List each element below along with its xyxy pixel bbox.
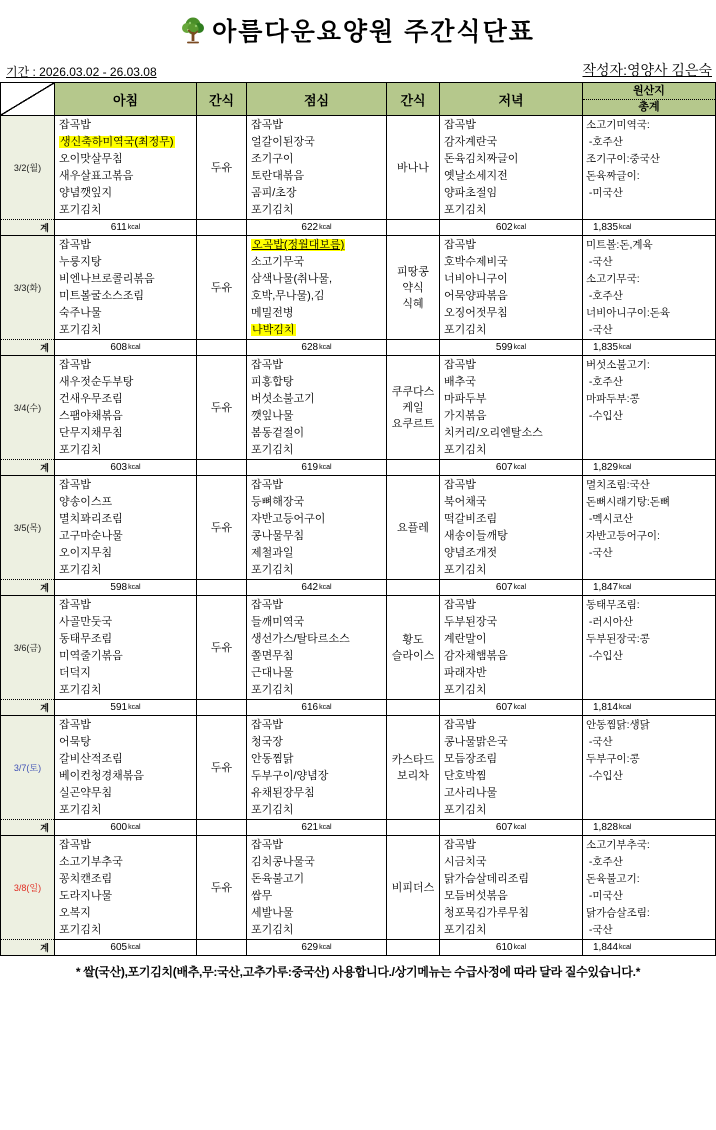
origin-line: -국산 xyxy=(586,322,715,339)
menu-item: 포기김치 xyxy=(444,922,582,939)
origin-line: 자반고등어구이: xyxy=(586,528,715,545)
date-cell: 3/4(수) xyxy=(1,356,54,460)
afternoon-snack: 쿠쿠다스케일요쿠르트 xyxy=(387,356,440,459)
menu-item-text: 도라지나물 xyxy=(59,890,112,902)
header-lunch: 점심 xyxy=(247,83,387,115)
menu-item-text: 잡곡밥 xyxy=(251,119,283,131)
kcal-unit: kcal xyxy=(514,224,526,231)
tree-icon xyxy=(181,17,205,44)
day-column: 3/8(일)계 xyxy=(1,836,55,955)
menu-item: 더덕지 xyxy=(59,665,196,682)
morning-snack: 두유 xyxy=(197,356,247,459)
origin-info: 동태무조림: -러시아산두부된장국:콩 -수입산 xyxy=(583,596,715,699)
empty-kcal-cell xyxy=(197,700,247,715)
menu-item-text: 잡곡밥 xyxy=(251,839,283,851)
origin-line: -수입산 xyxy=(586,648,715,665)
snack-item: 약식 xyxy=(402,280,423,296)
kcal-unit: kcal xyxy=(514,704,526,711)
menu-item: 잡곡밥 xyxy=(59,237,196,254)
kcal-unit: kcal xyxy=(619,224,631,231)
origin-line: 안동찜닭:생닭 xyxy=(586,717,715,734)
dinner-menu: 잡곡밥콩나물맑은국모듬장조림단호박찜고사리나물포기김치 xyxy=(440,716,583,819)
menu-item: 잡곡밥 xyxy=(444,597,582,614)
menu-item: 등뼈해장국 xyxy=(251,494,386,511)
origin-line: -국산 xyxy=(586,734,715,751)
menu-item-text: 오징어젓무침 xyxy=(444,307,508,319)
date-cell: 3/5(목) xyxy=(1,476,54,580)
menu-item-text: 포기김치 xyxy=(444,444,487,456)
kcal-value: 602 xyxy=(496,222,513,233)
menu-item: 계란말이 xyxy=(444,631,582,648)
date-cell: 3/7(토) xyxy=(1,716,54,820)
lunch-kcal: 616kcal xyxy=(247,700,387,715)
kcal-unit: kcal xyxy=(319,824,331,831)
menu-item: 포기김치 xyxy=(251,922,386,939)
menu-item: 양송이스프 xyxy=(59,494,196,511)
menu-item: 잡곡밥 xyxy=(251,357,386,374)
meta-row: 기간 : 2026.03.02 - 26.03.08 작성자:영양사 김은숙 xyxy=(2,60,714,80)
menu-item: 깻잎나물 xyxy=(251,408,386,425)
snack-item: 피땅콩 xyxy=(397,264,429,280)
menu-item: 토란대볶음 xyxy=(251,168,386,185)
day-main: 잡곡밥누룽지탕비엔나브로콜리볶음미트볼굴소스조림숙주나물포기김치두유오곡밥(정월… xyxy=(55,236,715,355)
breakfast-kcal: 611kcal xyxy=(55,220,197,235)
kcal-row: 608kcal628kcal599kcal1,835kcal xyxy=(55,339,715,355)
kcal-unit: kcal xyxy=(319,464,331,471)
menu-item-text: 잡곡밥 xyxy=(444,119,476,131)
kcal-value: 607 xyxy=(496,582,513,593)
menu-item: 오곡밥(정월대보름) xyxy=(251,237,386,254)
date-cell: 3/6(금) xyxy=(1,596,54,700)
menu-item: 잡곡밥 xyxy=(251,837,386,854)
title-row: 아름다운요양원 주간식단표 xyxy=(0,0,716,48)
menu-item-text: 세발나물 xyxy=(251,907,294,919)
dinner-kcal: 607kcal xyxy=(440,580,583,595)
menu-item-text: 메밀전병 xyxy=(251,307,294,319)
menu-item-text: 잡곡밥 xyxy=(444,359,476,371)
menu-item: 오이맛살무침 xyxy=(59,151,196,168)
origin-line: 닭가슴살조림: xyxy=(586,905,715,922)
menu-item-text: 봄동겉절이 xyxy=(251,427,304,439)
menu-item: 제철과일 xyxy=(251,545,386,562)
menu-row: 잡곡밥생신축하미역국(최정무)오이맛살무침새우살표고볶음양념깻잎지포기김치두유잡… xyxy=(55,116,715,219)
kcal-unit: kcal xyxy=(514,344,526,351)
menu-item: 새송이들깨탕 xyxy=(444,528,582,545)
menu-item: 삼색나물(취나물, xyxy=(251,271,386,288)
day-row: 3/4(수)계잡곡밥새우젓순두부탕건새우무조림스팸야채볶음단무지채무침포기김치두… xyxy=(1,356,715,476)
author-label: 작성자:영양사 김은숙 xyxy=(583,60,713,80)
lunch-menu: 잡곡밥피홍합탕버섯소불고기깻잎나물봄동겉절이포기김치 xyxy=(247,356,387,459)
menu-item: 옛날소세지전 xyxy=(444,168,582,185)
kcal-value: 1,829 xyxy=(593,462,618,473)
menu-item-text: 잡곡밥 xyxy=(444,239,476,251)
afternoon-snack: 카스타드보리차 xyxy=(387,716,440,819)
origin-line: 돈육짜글이: xyxy=(586,168,715,185)
dinner-menu: 잡곡밥북어채국떡갈비조림새송이들깨탕양념조개젓포기김치 xyxy=(440,476,583,579)
menu-item: 메밀전병 xyxy=(251,305,386,322)
menu-item: 단호박찜 xyxy=(444,768,582,785)
menu-item-text: 콩나물맑은국 xyxy=(444,736,508,748)
menu-item-text: 청국장 xyxy=(251,736,283,748)
menu-row: 잡곡밥양송이스프멸치꽈리조림고구마순나물오이지무침포기김치두유잡곡밥등뼈해장국자… xyxy=(55,476,715,579)
menu-item-text: 포기김치 xyxy=(444,804,487,816)
menu-item-text: 생선가스/탈타르소스 xyxy=(251,633,350,645)
weekly-menu-table: 아침 간식 점심 간식 저녁 원산지 총계 3/2(월)계잡곡밥생신축하미역국(… xyxy=(0,82,716,956)
breakfast-kcal: 591kcal xyxy=(55,700,197,715)
menu-item: 콩나물무침 xyxy=(251,528,386,545)
menu-item-text: 양파초절임 xyxy=(444,187,497,199)
menu-item: 청국장 xyxy=(251,734,386,751)
kcal-value: 616 xyxy=(301,702,318,713)
empty-kcal-cell xyxy=(197,340,247,355)
dinner-kcal: 610kcal xyxy=(440,940,583,955)
dinner-menu: 잡곡밥감자계란국돈육김치짜글이옛날소세지전양파초절임포기김치 xyxy=(440,116,583,219)
kcal-value: 608 xyxy=(110,342,127,353)
empty-kcal-cell xyxy=(387,220,440,235)
empty-kcal-cell xyxy=(387,340,440,355)
dinner-menu: 잡곡밥시금치국닭가슴살데리조림모듬버섯볶음청포묵김가루무침포기김치 xyxy=(440,836,583,939)
day-main: 잡곡밥생신축하미역국(최정무)오이맛살무침새우살표고볶음양념깻잎지포기김치두유잡… xyxy=(55,116,715,235)
menu-item-text: 포기김치 xyxy=(59,444,102,456)
menu-item: 자반고등어구이 xyxy=(251,511,386,528)
menu-item: 시금치국 xyxy=(444,854,582,871)
menu-item: 생선가스/탈타르소스 xyxy=(251,631,386,648)
menu-item: 포기김치 xyxy=(444,442,582,459)
menu-item: 포기김치 xyxy=(251,442,386,459)
kcal-value: 619 xyxy=(301,462,318,473)
menu-item-text: 잡곡밥 xyxy=(251,719,283,731)
origin-line: 소고기부추국: xyxy=(586,837,715,854)
kcal-value: 603 xyxy=(110,462,127,473)
snack-item: 슬라이스 xyxy=(392,648,435,664)
menu-item-text: 포기김치 xyxy=(59,564,102,576)
menu-item: 돈육김치짜글이 xyxy=(444,151,582,168)
day-main: 잡곡밥새우젓순두부탕건새우무조림스팸야채볶음단무지채무침포기김치두유잡곡밥피홍합… xyxy=(55,356,715,475)
total-row-label: 계 xyxy=(1,700,54,715)
menu-item-text: 북어채국 xyxy=(444,496,487,508)
menu-item: 모듬버섯볶음 xyxy=(444,888,582,905)
kcal-value: 591 xyxy=(110,702,127,713)
menu-item: 잡곡밥 xyxy=(59,357,196,374)
kcal-value: 599 xyxy=(496,342,513,353)
morning-snack: 두유 xyxy=(197,836,247,939)
menu-item: 누룽지탕 xyxy=(59,254,196,271)
kcal-value: 607 xyxy=(496,822,513,833)
menu-item-text: 양송이스프 xyxy=(59,496,112,508)
origin-line: -미국산 xyxy=(586,185,715,202)
page-title: 아름다운요양원 주간식단표 xyxy=(212,12,535,48)
menu-item: 마파두부 xyxy=(444,391,582,408)
day-column: 3/6(금)계 xyxy=(1,596,55,715)
menu-item-text: 돈육불고기 xyxy=(251,873,304,885)
day-row: 3/2(월)계잡곡밥생신축하미역국(최정무)오이맛살무침새우살표고볶음양념깻잎지… xyxy=(1,116,715,236)
menu-item-text: 파래자반 xyxy=(444,667,487,679)
menu-row: 잡곡밥소고기부추국꽁치캔조림도라지나물오복지포기김치두유잡곡밥김치콩나물국돈육불… xyxy=(55,836,715,939)
menu-item-text: 포기김치 xyxy=(59,324,102,336)
total-row-label: 계 xyxy=(1,220,54,235)
menu-item-text: 포기김치 xyxy=(59,204,102,216)
origin-line: -호주산 xyxy=(586,374,715,391)
menu-item: 양념조개젓 xyxy=(444,545,582,562)
kcal-unit: kcal xyxy=(319,944,331,951)
menu-item: 잡곡밥 xyxy=(59,597,196,614)
menu-item: 포기김치 xyxy=(59,442,196,459)
menu-item-text: 잡곡밥 xyxy=(251,359,283,371)
menu-item: 너비아니구이 xyxy=(444,271,582,288)
origin-info: 버섯소불고기: -호주산마파두부:콩 -수입산 xyxy=(583,356,715,459)
menu-item-text: 새우젓순두부탕 xyxy=(59,376,133,388)
total-kcal: 1,844kcal xyxy=(583,940,715,955)
kcal-unit: kcal xyxy=(319,224,331,231)
lunch-menu: 잡곡밥들깨미역국생선가스/탈타르소스쫄면무침근대나물포기김치 xyxy=(247,596,387,699)
menu-item: 양념깻잎지 xyxy=(59,185,196,202)
lunch-menu: 잡곡밥청국장안동찜닭두부구이/양념장유채된장무침포기김치 xyxy=(247,716,387,819)
menu-item: 포기김치 xyxy=(251,682,386,699)
menu-item: 포기김치 xyxy=(251,202,386,219)
menu-item-text: 포기김치 xyxy=(251,684,294,696)
menu-item: 포기김치 xyxy=(444,562,582,579)
menu-item-text: 오곡밥(정월대보름) xyxy=(251,239,345,251)
menu-item: 잡곡밥 xyxy=(251,597,386,614)
menu-item: 잡곡밥 xyxy=(59,837,196,854)
menu-item: 잡곡밥 xyxy=(251,117,386,134)
breakfast-menu: 잡곡밥생신축하미역국(최정무)오이맛살무침새우살표고볶음양념깻잎지포기김치 xyxy=(55,116,197,219)
total-kcal: 1,828kcal xyxy=(583,820,715,835)
menu-item: 포기김치 xyxy=(444,682,582,699)
day-main: 잡곡밥소고기부추국꽁치캔조림도라지나물오복지포기김치두유잡곡밥김치콩나물국돈육불… xyxy=(55,836,715,955)
day-column: 3/7(토)계 xyxy=(1,716,55,835)
empty-kcal-cell xyxy=(387,940,440,955)
kcal-value: 1,844 xyxy=(593,942,618,953)
lunch-kcal: 622kcal xyxy=(247,220,387,235)
day-column: 3/5(목)계 xyxy=(1,476,55,595)
header-origin-total: 원산지 총계 xyxy=(583,83,715,115)
origin-line: 너비아니구이:돈육 xyxy=(586,305,715,322)
lunch-kcal: 629kcal xyxy=(247,940,387,955)
afternoon-snack: 비피더스 xyxy=(387,836,440,939)
period-label: 기간 : 2026.03.02 - 26.03.08 xyxy=(6,63,157,80)
menu-item: 쌈무 xyxy=(251,888,386,905)
menu-item-text: 멸치꽈리조림 xyxy=(59,513,123,525)
menu-item-text: 꽁치캔조림 xyxy=(59,873,112,885)
menu-item-text: 동태무조림 xyxy=(59,633,112,645)
menu-item-text: 건새우무조림 xyxy=(59,393,123,405)
weekly-menu-page: 아름다운요양원 주간식단표 기간 : 2026.03.02 - 26.03.08… xyxy=(0,0,716,1130)
menu-item-text: 오복지 xyxy=(59,907,91,919)
menu-item-text: 포기김치 xyxy=(59,684,102,696)
day-main: 잡곡밥양송이스프멸치꽈리조림고구마순나물오이지무침포기김치두유잡곡밥등뼈해장국자… xyxy=(55,476,715,595)
menu-item-text: 미트볼굴소스조림 xyxy=(59,290,144,302)
menu-item-text: 잡곡밥 xyxy=(251,599,283,611)
origin-line: -호주산 xyxy=(586,854,715,871)
kcal-value: 1,814 xyxy=(593,702,618,713)
menu-item: 감자계란국 xyxy=(444,134,582,151)
menu-item-text: 안동찜닭 xyxy=(251,753,294,765)
snack-item: 비피더스 xyxy=(392,880,435,896)
afternoon-snack: 바나나 xyxy=(387,116,440,219)
lunch-menu: 잡곡밥얼갈이된장국조기구이토란대볶음곰피/초장포기김치 xyxy=(247,116,387,219)
menu-item-text: 마파두부 xyxy=(444,393,487,405)
menu-item-text: 잡곡밥 xyxy=(444,479,476,491)
menu-item: 나박김치 xyxy=(251,322,386,339)
menu-item-text: 쌈무 xyxy=(251,890,272,902)
menu-item-text: 두부된장국 xyxy=(444,616,497,628)
menu-item: 두부된장국 xyxy=(444,614,582,631)
breakfast-kcal: 600kcal xyxy=(55,820,197,835)
total-kcal: 1,835kcal xyxy=(583,220,715,235)
menu-row: 잡곡밥누룽지탕비엔나브로콜리볶음미트볼굴소스조림숙주나물포기김치두유오곡밥(정월… xyxy=(55,236,715,339)
menu-item-text: 쫄면무침 xyxy=(251,650,294,662)
lunch-kcal: 642kcal xyxy=(247,580,387,595)
menu-item-text: 버섯소불고기 xyxy=(251,393,315,405)
origin-line: 조기구이:중국산 xyxy=(586,151,715,168)
menu-item-text: 포기김치 xyxy=(59,924,102,936)
kcal-unit: kcal xyxy=(128,224,140,231)
kcal-unit: kcal xyxy=(128,344,140,351)
snack-item: 두유 xyxy=(211,760,232,776)
menu-item: 안동찜닭 xyxy=(251,751,386,768)
menu-item-text: 잡곡밥 xyxy=(59,839,91,851)
corner-diagonal-cell xyxy=(1,83,55,115)
kcal-row: 600kcal621kcal607kcal1,828kcal xyxy=(55,819,715,835)
origin-line: 동태무조림: xyxy=(586,597,715,614)
menu-item-text: 계란말이 xyxy=(444,633,487,645)
empty-kcal-cell xyxy=(387,460,440,475)
snack-item: 보리차 xyxy=(397,768,429,784)
menu-item-text: 잡곡밥 xyxy=(59,479,91,491)
menu-item: 포기김치 xyxy=(59,682,196,699)
origin-line: -호주산 xyxy=(586,288,715,305)
menu-item: 잡곡밥 xyxy=(444,117,582,134)
snack-item: 두유 xyxy=(211,640,232,656)
snack-item: 두유 xyxy=(211,880,232,896)
menu-item: 피홍합탕 xyxy=(251,374,386,391)
menu-item-text: 깻잎나물 xyxy=(251,410,294,422)
kcal-unit: kcal xyxy=(128,704,140,711)
kcal-unit: kcal xyxy=(619,944,631,951)
menu-item-text: 콩나물무침 xyxy=(251,530,304,542)
menu-item: 오이지무침 xyxy=(59,545,196,562)
menu-item: 김치콩나물국 xyxy=(251,854,386,871)
menu-item: 양파초절임 xyxy=(444,185,582,202)
kcal-value: 628 xyxy=(301,342,318,353)
origin-line: -국산 xyxy=(586,254,715,271)
menu-item-text: 토란대볶음 xyxy=(251,170,304,182)
header-dinner: 저녁 xyxy=(440,83,583,115)
menu-item: 포기김치 xyxy=(59,562,196,579)
menu-item-text: 포기김치 xyxy=(251,564,294,576)
menu-item-text: 비엔나브로콜리볶음 xyxy=(59,273,155,285)
menu-item: 청포묵김가루무침 xyxy=(444,905,582,922)
kcal-unit: kcal xyxy=(514,464,526,471)
table-header-row: 아침 간식 점심 간식 저녁 원산지 총계 xyxy=(1,83,715,116)
kcal-unit: kcal xyxy=(128,584,140,591)
menu-item-text: 포기김치 xyxy=(251,924,294,936)
menu-item-text: 양념조개젓 xyxy=(444,547,497,559)
snack-item: 두유 xyxy=(211,160,232,176)
lunch-kcal: 628kcal xyxy=(247,340,387,355)
menu-item-text: 포기김치 xyxy=(444,564,487,576)
afternoon-snack: 황도슬라이스 xyxy=(387,596,440,699)
menu-item-text: 잡곡밥 xyxy=(251,479,283,491)
menu-item: 고사리나물 xyxy=(444,785,582,802)
menu-item-text: 어묵양파볶음 xyxy=(444,290,508,302)
origin-line: -국산 xyxy=(586,922,715,939)
snack-item: 요쿠르트 xyxy=(392,416,435,432)
kcal-row: 611kcal622kcal602kcal1,835kcal xyxy=(55,219,715,235)
menu-item: 포기김치 xyxy=(444,202,582,219)
menu-item: 숙주나물 xyxy=(59,305,196,322)
header-breakfast: 아침 xyxy=(55,83,197,115)
menu-item-text: 피홍합탕 xyxy=(251,376,294,388)
menu-item-text: 단호박찜 xyxy=(444,770,487,782)
menu-item-text: 잡곡밥 xyxy=(59,119,91,131)
menu-item-text: 포기김치 xyxy=(59,804,102,816)
menu-item-text: 갈비산적조림 xyxy=(59,753,123,765)
kcal-unit: kcal xyxy=(514,824,526,831)
menu-item: 쫄면무침 xyxy=(251,648,386,665)
menu-item-text: 청포묵김가루무침 xyxy=(444,907,529,919)
menu-item-text: 소고기무국 xyxy=(251,256,304,268)
menu-row: 잡곡밥사골만둣국동태무조림미역줄기볶음더덕지포기김치두유잡곡밥들깨미역국생선가스… xyxy=(55,596,715,699)
empty-kcal-cell xyxy=(197,820,247,835)
menu-item-text: 곰피/초장 xyxy=(251,187,297,199)
kcal-row: 598kcal642kcal607kcal1,847kcal xyxy=(55,579,715,595)
menu-item: 파래자반 xyxy=(444,665,582,682)
menu-item: 잡곡밥 xyxy=(251,477,386,494)
menu-item: 호박수제비국 xyxy=(444,254,582,271)
menu-row: 잡곡밥새우젓순두부탕건새우무조림스팸야채볶음단무지채무침포기김치두유잡곡밥피홍합… xyxy=(55,356,715,459)
date-cell: 3/8(일) xyxy=(1,836,54,940)
snack-item: 두유 xyxy=(211,400,232,416)
menu-item-text: 유채된장무침 xyxy=(251,787,315,799)
menu-item: 미역줄기볶음 xyxy=(59,648,196,665)
menu-item: 도라지나물 xyxy=(59,888,196,905)
afternoon-snack: 요플레 xyxy=(387,476,440,579)
menu-item-text: 오이맛살무침 xyxy=(59,153,123,165)
kcal-unit: kcal xyxy=(514,944,526,951)
menu-item: 새우살표고볶음 xyxy=(59,168,196,185)
menu-item: 배추국 xyxy=(444,374,582,391)
day-row: 3/3(화)계잡곡밥누룽지탕비엔나브로콜리볶음미트볼굴소스조림숙주나물포기김치두… xyxy=(1,236,715,356)
menu-item-text: 소고기부추국 xyxy=(59,856,123,868)
menu-item-text: 베이컨청경채볶음 xyxy=(59,770,144,782)
origin-line: 미트볼:돈,계육 xyxy=(586,237,715,254)
origin-line: 두부구이:콩 xyxy=(586,751,715,768)
afternoon-snack: 피땅콩약식식혜 xyxy=(387,236,440,339)
menu-item-text: 양념깻잎지 xyxy=(59,187,112,199)
kcal-value: 1,835 xyxy=(593,342,618,353)
menu-item-text: 단무지채무침 xyxy=(59,427,123,439)
menu-item-text: 호박수제비국 xyxy=(444,256,508,268)
menu-item-text: 얼갈이된장국 xyxy=(251,136,315,148)
menu-item: 포기김치 xyxy=(251,802,386,819)
menu-item-text: 미역줄기볶음 xyxy=(59,650,123,662)
kcal-unit: kcal xyxy=(619,464,631,471)
kcal-value: 621 xyxy=(301,822,318,833)
menu-item-text: 잡곡밥 xyxy=(59,359,91,371)
breakfast-menu: 잡곡밥사골만둣국동태무조림미역줄기볶음더덕지포기김치 xyxy=(55,596,197,699)
menu-item-text: 모듬장조림 xyxy=(444,753,497,765)
menu-item: 포기김치 xyxy=(444,322,582,339)
kcal-value: 629 xyxy=(301,942,318,953)
menu-item: 곰피/초장 xyxy=(251,185,386,202)
menu-item-text: 스팸야채볶음 xyxy=(59,410,123,422)
kcal-unit: kcal xyxy=(619,344,631,351)
menu-item: 두부구이/양념장 xyxy=(251,768,386,785)
menu-item-text: 삼색나물(취나물, xyxy=(251,273,332,285)
snack-item: 황도 xyxy=(402,632,423,648)
